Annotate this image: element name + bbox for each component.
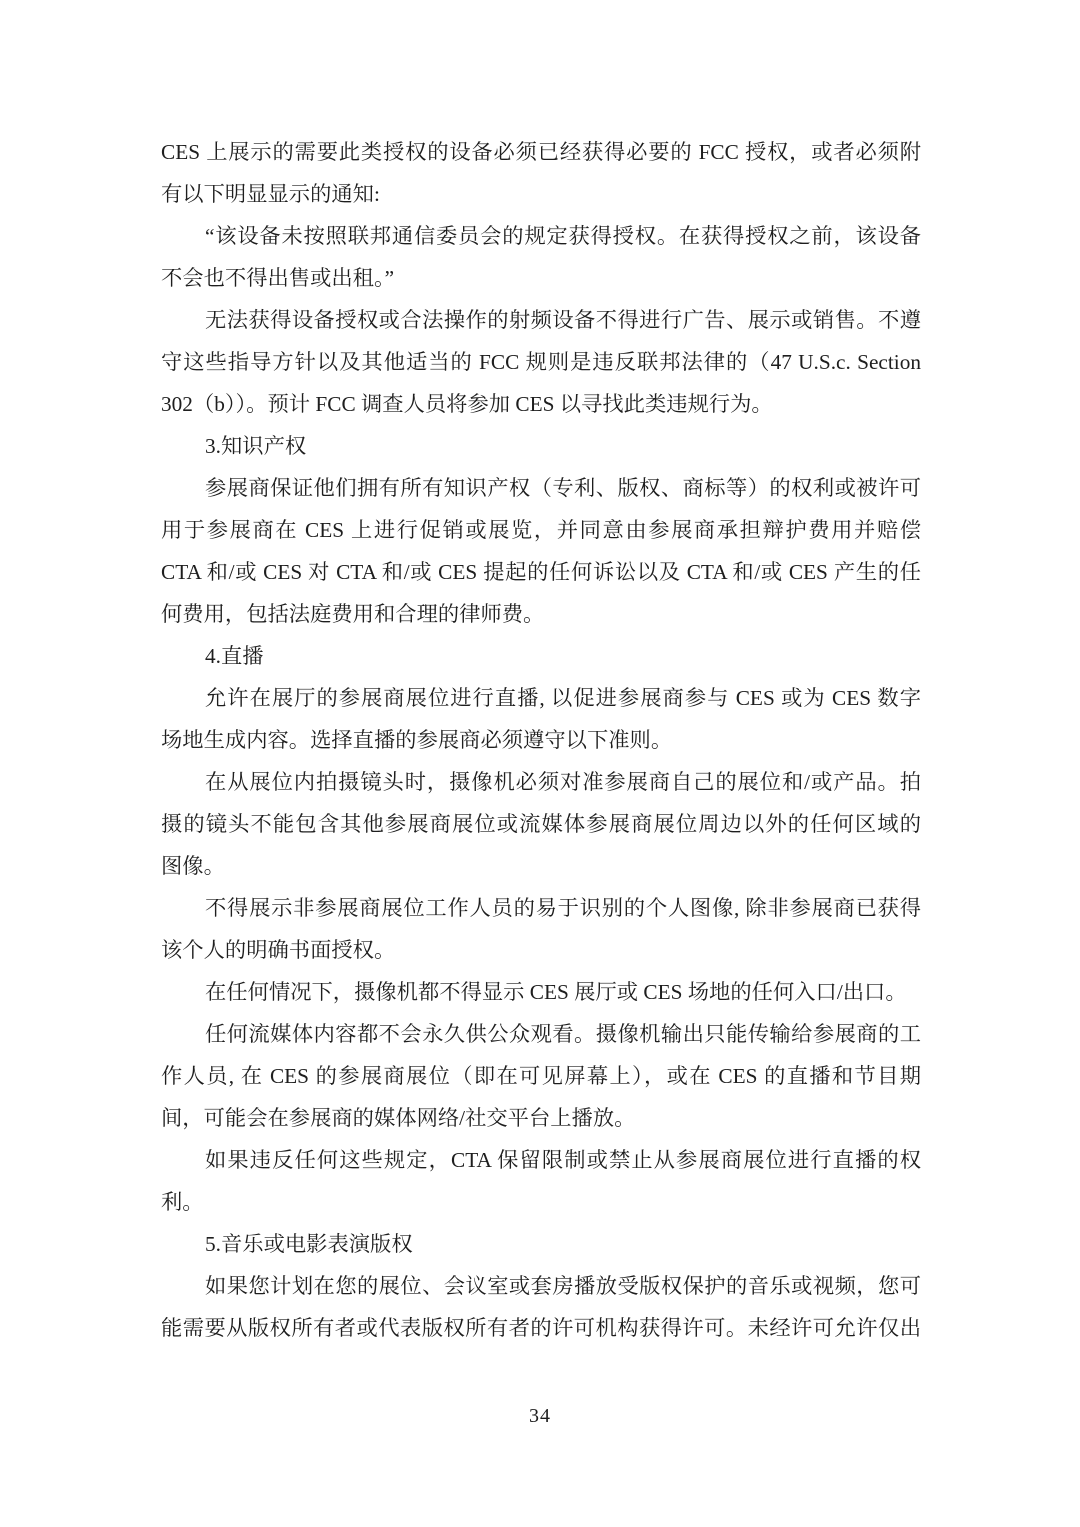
text-line: 在从展位内拍摄镜头时，摄像机必须对准参展商自己的展位和/或产品。拍 xyxy=(161,761,921,803)
text-line: 5.音乐或电影表演版权 xyxy=(161,1223,921,1265)
page-number: 34 xyxy=(0,1402,1080,1430)
document-page: CES 上展示的需要此类授权的设备必须已经获得必要的 FCC 授权，或者必须附有… xyxy=(0,0,1080,1527)
document-body: CES 上展示的需要此类授权的设备必须已经获得必要的 FCC 授权，或者必须附有… xyxy=(161,131,921,1349)
text-line: 允许在展厅的参展商展位进行直播, 以促进参展商参与 CES 或为 CES 数字 xyxy=(161,677,921,719)
text-line: 作人员, 在 CES 的参展商展位（即在可见屏幕上），或在 CES 的直播和节目… xyxy=(161,1055,921,1097)
text-line: 图像。 xyxy=(161,845,921,887)
text-line: 利。 xyxy=(161,1181,921,1223)
text-line: “该设备未按照联邦通信委员会的规定获得授权。在获得授权之前，该设备 xyxy=(161,215,921,257)
text-line: 该个人的明确书面授权。 xyxy=(161,929,921,971)
text-line: 不会也不得出售或出租。” xyxy=(161,257,921,299)
text-line: 有以下明显显示的通知: xyxy=(161,173,921,215)
text-line: 如果违反任何这些规定，CTA 保留限制或禁止从参展商展位进行直播的权 xyxy=(161,1139,921,1181)
text-line: 间，可能会在参展商的媒体网络/社交平台上播放。 xyxy=(161,1097,921,1139)
text-line: 任何流媒体内容都不会永久供公众观看。摄像机输出只能传输给参展商的工 xyxy=(161,1013,921,1055)
text-line: 不得展示非参展商展位工作人员的易于识别的个人图像, 除非参展商已获得 xyxy=(161,887,921,929)
text-line: 能需要从版权所有者或代表版权所有者的许可机构获得许可。未经许可允许仅出 xyxy=(161,1307,921,1349)
text-line: 何费用，包括法庭费用和合理的律师费。 xyxy=(161,593,921,635)
text-line: 守这些指导方针以及其他适当的 FCC 规则是违反联邦法律的（47 U.S.c. … xyxy=(161,341,921,383)
text-line: 302（b））。预计 FCC 调查人员将参加 CES 以寻找此类违规行为。 xyxy=(161,383,921,425)
text-line: 参展商保证他们拥有所有知识产权（专利、版权、商标等）的权利或被许可 xyxy=(161,467,921,509)
text-line: 用于参展商在 CES 上进行促销或展览，并同意由参展商承担辩护费用并赔偿 xyxy=(161,509,921,551)
text-line: CES 上展示的需要此类授权的设备必须已经获得必要的 FCC 授权，或者必须附 xyxy=(161,131,921,173)
text-line: 4.直播 xyxy=(161,635,921,677)
text-line: 3.知识产权 xyxy=(161,425,921,467)
text-line: CTA 和/或 CES 对 CTA 和/或 CES 提起的任何诉讼以及 CTA … xyxy=(161,551,921,593)
text-line: 摄的镜头不能包含其他参展商展位或流媒体参展商展位周边以外的任何区域的 xyxy=(161,803,921,845)
text-line: 无法获得设备授权或合法操作的射频设备不得进行广告、展示或销售。不遵 xyxy=(161,299,921,341)
text-line: 在任何情况下，摄像机都不得显示 CES 展厅或 CES 场地的任何入口/出口。 xyxy=(161,971,921,1013)
text-line: 如果您计划在您的展位、会议室或套房播放受版权保护的音乐或视频，您可 xyxy=(161,1265,921,1307)
text-line: 场地生成内容。选择直播的参展商必须遵守以下准则。 xyxy=(161,719,921,761)
